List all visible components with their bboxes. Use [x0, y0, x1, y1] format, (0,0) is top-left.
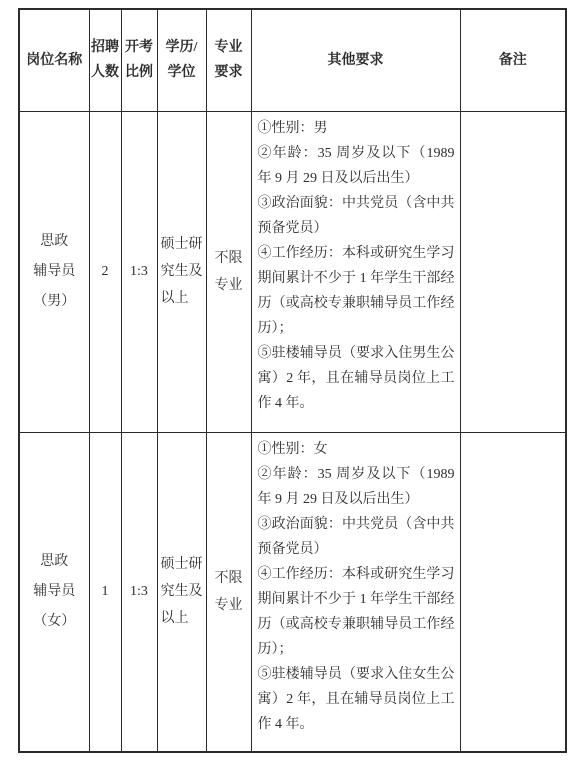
cell-position-name: 思政 辅导员 （男）	[19, 111, 89, 432]
cell-other-requirements: ①性别：男②年龄：35 周岁及以下（1989 年 9 月 29 日及以后出生）③…	[251, 111, 460, 432]
table-row: 思政 辅导员 （女） 1 1:3 硕士研究生及以上 不限专业 ①性别：女②年龄：…	[19, 432, 566, 752]
header-recruit-count: 招聘 人数	[89, 9, 121, 111]
document-sheet: 岗位名称 招聘 人数 开考 比例 学历/ 学位 专业 要求 其他要求 备注 思政…	[18, 8, 565, 753]
header-other-requirements: 其他要求	[251, 9, 460, 111]
requirement-item: ③政治面貌：中共党员（含中共预备党员）	[258, 191, 455, 241]
header-remark: 备注	[460, 9, 566, 111]
table-header-row: 岗位名称 招聘 人数 开考 比例 学历/ 学位 专业 要求 其他要求 备注	[19, 9, 566, 111]
cell-exam-ratio: 1:3	[121, 111, 157, 432]
cell-remark	[460, 111, 566, 432]
requirement-item: ⑤驻楼辅导员（要求入住女生公寓）2 年，且在辅导员岗位上工作 4 年。	[258, 662, 455, 737]
requirement-item: ②年龄：35 周岁及以下（1989 年 9 月 29 日及以后出生）	[258, 141, 455, 191]
cell-education-degree: 硕士研究生及以上	[157, 111, 206, 432]
cell-other-requirements: ①性别：女②年龄：35 周岁及以下（1989 年 9 月 29 日及以后出生）③…	[251, 432, 460, 752]
recruitment-table: 岗位名称 招聘 人数 开考 比例 学历/ 学位 专业 要求 其他要求 备注 思政…	[18, 8, 567, 753]
requirement-item: ⑤驻楼辅导员（要求入住男生公寓）2 年，且在辅导员岗位上工作 4 年。	[258, 341, 455, 416]
requirement-item: ①性别：男	[258, 116, 455, 141]
header-exam-ratio: 开考 比例	[121, 9, 157, 111]
cell-position-name: 思政 辅导员 （女）	[19, 432, 89, 752]
requirement-item: ①性别：女	[258, 437, 455, 462]
cell-recruit-count: 2	[89, 111, 121, 432]
cell-major-requirement: 不限专业	[206, 111, 251, 432]
requirement-item: ②年龄：35 周岁及以下（1989 年 9 月 29 日及以后出生）	[258, 462, 455, 512]
cell-remark	[460, 432, 566, 752]
cell-exam-ratio: 1:3	[121, 432, 157, 752]
cell-major-requirement: 不限专业	[206, 432, 251, 752]
table-row: 思政 辅导员 （男） 2 1:3 硕士研究生及以上 不限专业 ①性别：男②年龄：…	[19, 111, 566, 432]
header-major-requirement: 专业 要求	[206, 9, 251, 111]
cell-recruit-count: 1	[89, 432, 121, 752]
requirement-item: ④工作经历：本科或研究生学习期间累计不少于 1 年学生干部经历（或高校专兼职辅导…	[258, 562, 455, 662]
requirement-item: ③政治面貌：中共党员（含中共预备党员）	[258, 512, 455, 562]
header-position-name: 岗位名称	[19, 9, 89, 111]
requirement-item: ④工作经历：本科或研究生学习期间累计不少于 1 年学生干部经历（或高校专兼职辅导…	[258, 241, 455, 341]
header-education-degree: 学历/ 学位	[157, 9, 206, 111]
cell-education-degree: 硕士研究生及以上	[157, 432, 206, 752]
